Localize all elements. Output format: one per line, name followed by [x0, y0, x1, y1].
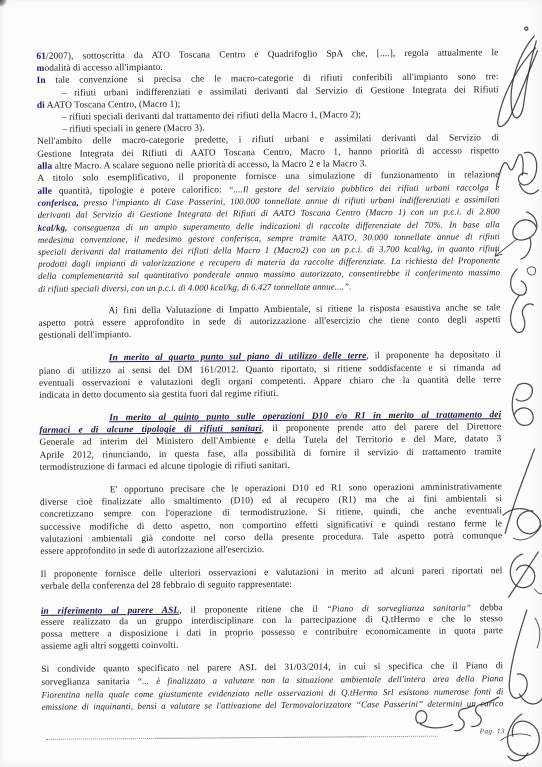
text-line: termodistruzione di farmaci ed alcune ti…: [40, 458, 502, 474]
text-line: gestionali dell'impianto.: [39, 326, 501, 342]
text-segment: odalità di accesso all'impianto.: [44, 63, 162, 74]
pen-scribble-crossed-loop-icon: [497, 548, 542, 602]
text-segment: Aprile 2012, rinunciando, in questa fase…: [40, 447, 502, 461]
text-segment: gestionali dell'impianto.: [39, 330, 132, 341]
text-segment: valutazioni ambientali già condotte nel …: [40, 531, 502, 545]
text-segment: Il proponente fornisce delle ulteriori o…: [40, 566, 502, 580]
text-line: verbale della conferenza del 28 febbraio…: [41, 578, 503, 594]
text-segment: , il proponente ha depositato il: [366, 351, 501, 362]
text-segment: m: [36, 64, 44, 74]
text-segment: – rifiuti urbani indifferenziati e assim…: [62, 85, 499, 98]
text-line: assieme agli altri soggetti coinvolti.: [41, 637, 503, 653]
text-segment: , il proponente ritiene che il: [179, 604, 326, 615]
text-segment: altre Macro. A scalare seguono nelle pri…: [52, 159, 367, 171]
text-segment: di: [37, 101, 45, 111]
document-text: 61/2007), sottoscritta da ATO Toscana Ce…: [36, 47, 503, 713]
text-segment: – rifiuti speciali in genere (Macro 3).: [62, 124, 205, 135]
text-segment: verbale della conferenza del 28 febbraio…: [41, 580, 292, 592]
text-segment: In: [37, 76, 46, 86]
text-segment: conferisca,: [38, 198, 79, 208]
text-segment: alle: [37, 187, 52, 197]
text-segment: emissione di inquinanti, bensì a valutar…: [42, 698, 504, 712]
text-segment: indicata in detto documento sia gestita …: [39, 389, 278, 401]
text-segment: della complementarità sul quantitativo p…: [38, 268, 500, 282]
footer-dotted-line-overlap: [156, 736, 366, 739]
text-segment: In merito al quarto punto sul piano di u…: [109, 352, 367, 364]
scan-tilt-layer: 61/2007), sottoscritta da ATO Toscana Ce…: [0, 0, 542, 767]
text-segment: farmaci e di alcune tipologie di rifiuti…: [39, 424, 261, 436]
page-number: Pag. 13: [480, 727, 505, 735]
pen-scribble-loop-icon: [503, 378, 542, 430]
text-segment: – rifiuti speciali derivanti dal trattam…: [62, 110, 361, 122]
text-line: essere approfondito in sede di autorizza…: [40, 542, 502, 558]
text-segment: , il proponente prende atto del parere d…: [262, 422, 502, 434]
scanned-document-page: 61/2007), sottoscritta da ATO Toscana Ce…: [0, 0, 542, 767]
text-segment: /2007), sottoscritta da ATO Toscana Cent…: [46, 48, 498, 62]
text-segment: in riferimento al parere ASL: [41, 605, 179, 616]
text-segment: di rifiuti speciali diversi, con un p.c.…: [38, 281, 351, 293]
text-segment: AATO Toscana Centro, (Macro 1);: [45, 99, 181, 110]
text-segment: alla: [37, 161, 52, 171]
text-segment: essere approfondito in sede di autorizza…: [40, 545, 264, 557]
text-segment: “....Il gestore del servizio pubblico de…: [228, 182, 499, 194]
text-segment: “Piano di sorveglianza sanitaria”: [327, 602, 472, 613]
text-segment: debba: [471, 603, 503, 613]
text-segment: possa mettere a disposizione i dati in p…: [41, 626, 503, 640]
text-segment: eventuali osservazioni e valutazioni deg…: [39, 375, 501, 389]
text-segment: assieme agli altri soggetti coinvolti.: [41, 641, 178, 652]
text-line: indicata in detto documento sia gestita …: [39, 386, 501, 402]
pen-scribble-vertical-signature-icon: [496, 264, 542, 342]
text-segment: aspetto potrà essere approfondito in sed…: [38, 315, 500, 329]
text-line: emissione di inquinanti, bensì a valutar…: [41, 697, 503, 713]
text-segment: “... è finalizzato a valutare non la sit…: [137, 674, 503, 687]
text-segment: termodistruzione di farmaci ed alcune ti…: [40, 461, 290, 473]
text-segment: Gestione Integrata dei Rifiuti di AATO T…: [37, 146, 499, 160]
pen-scribble-monogram-icon: [493, 144, 541, 206]
text-segment: 61: [36, 52, 46, 62]
text-segment: sorveglianza sanitaria: [41, 678, 137, 689]
text-segment: kcal/kg,: [38, 222, 68, 232]
